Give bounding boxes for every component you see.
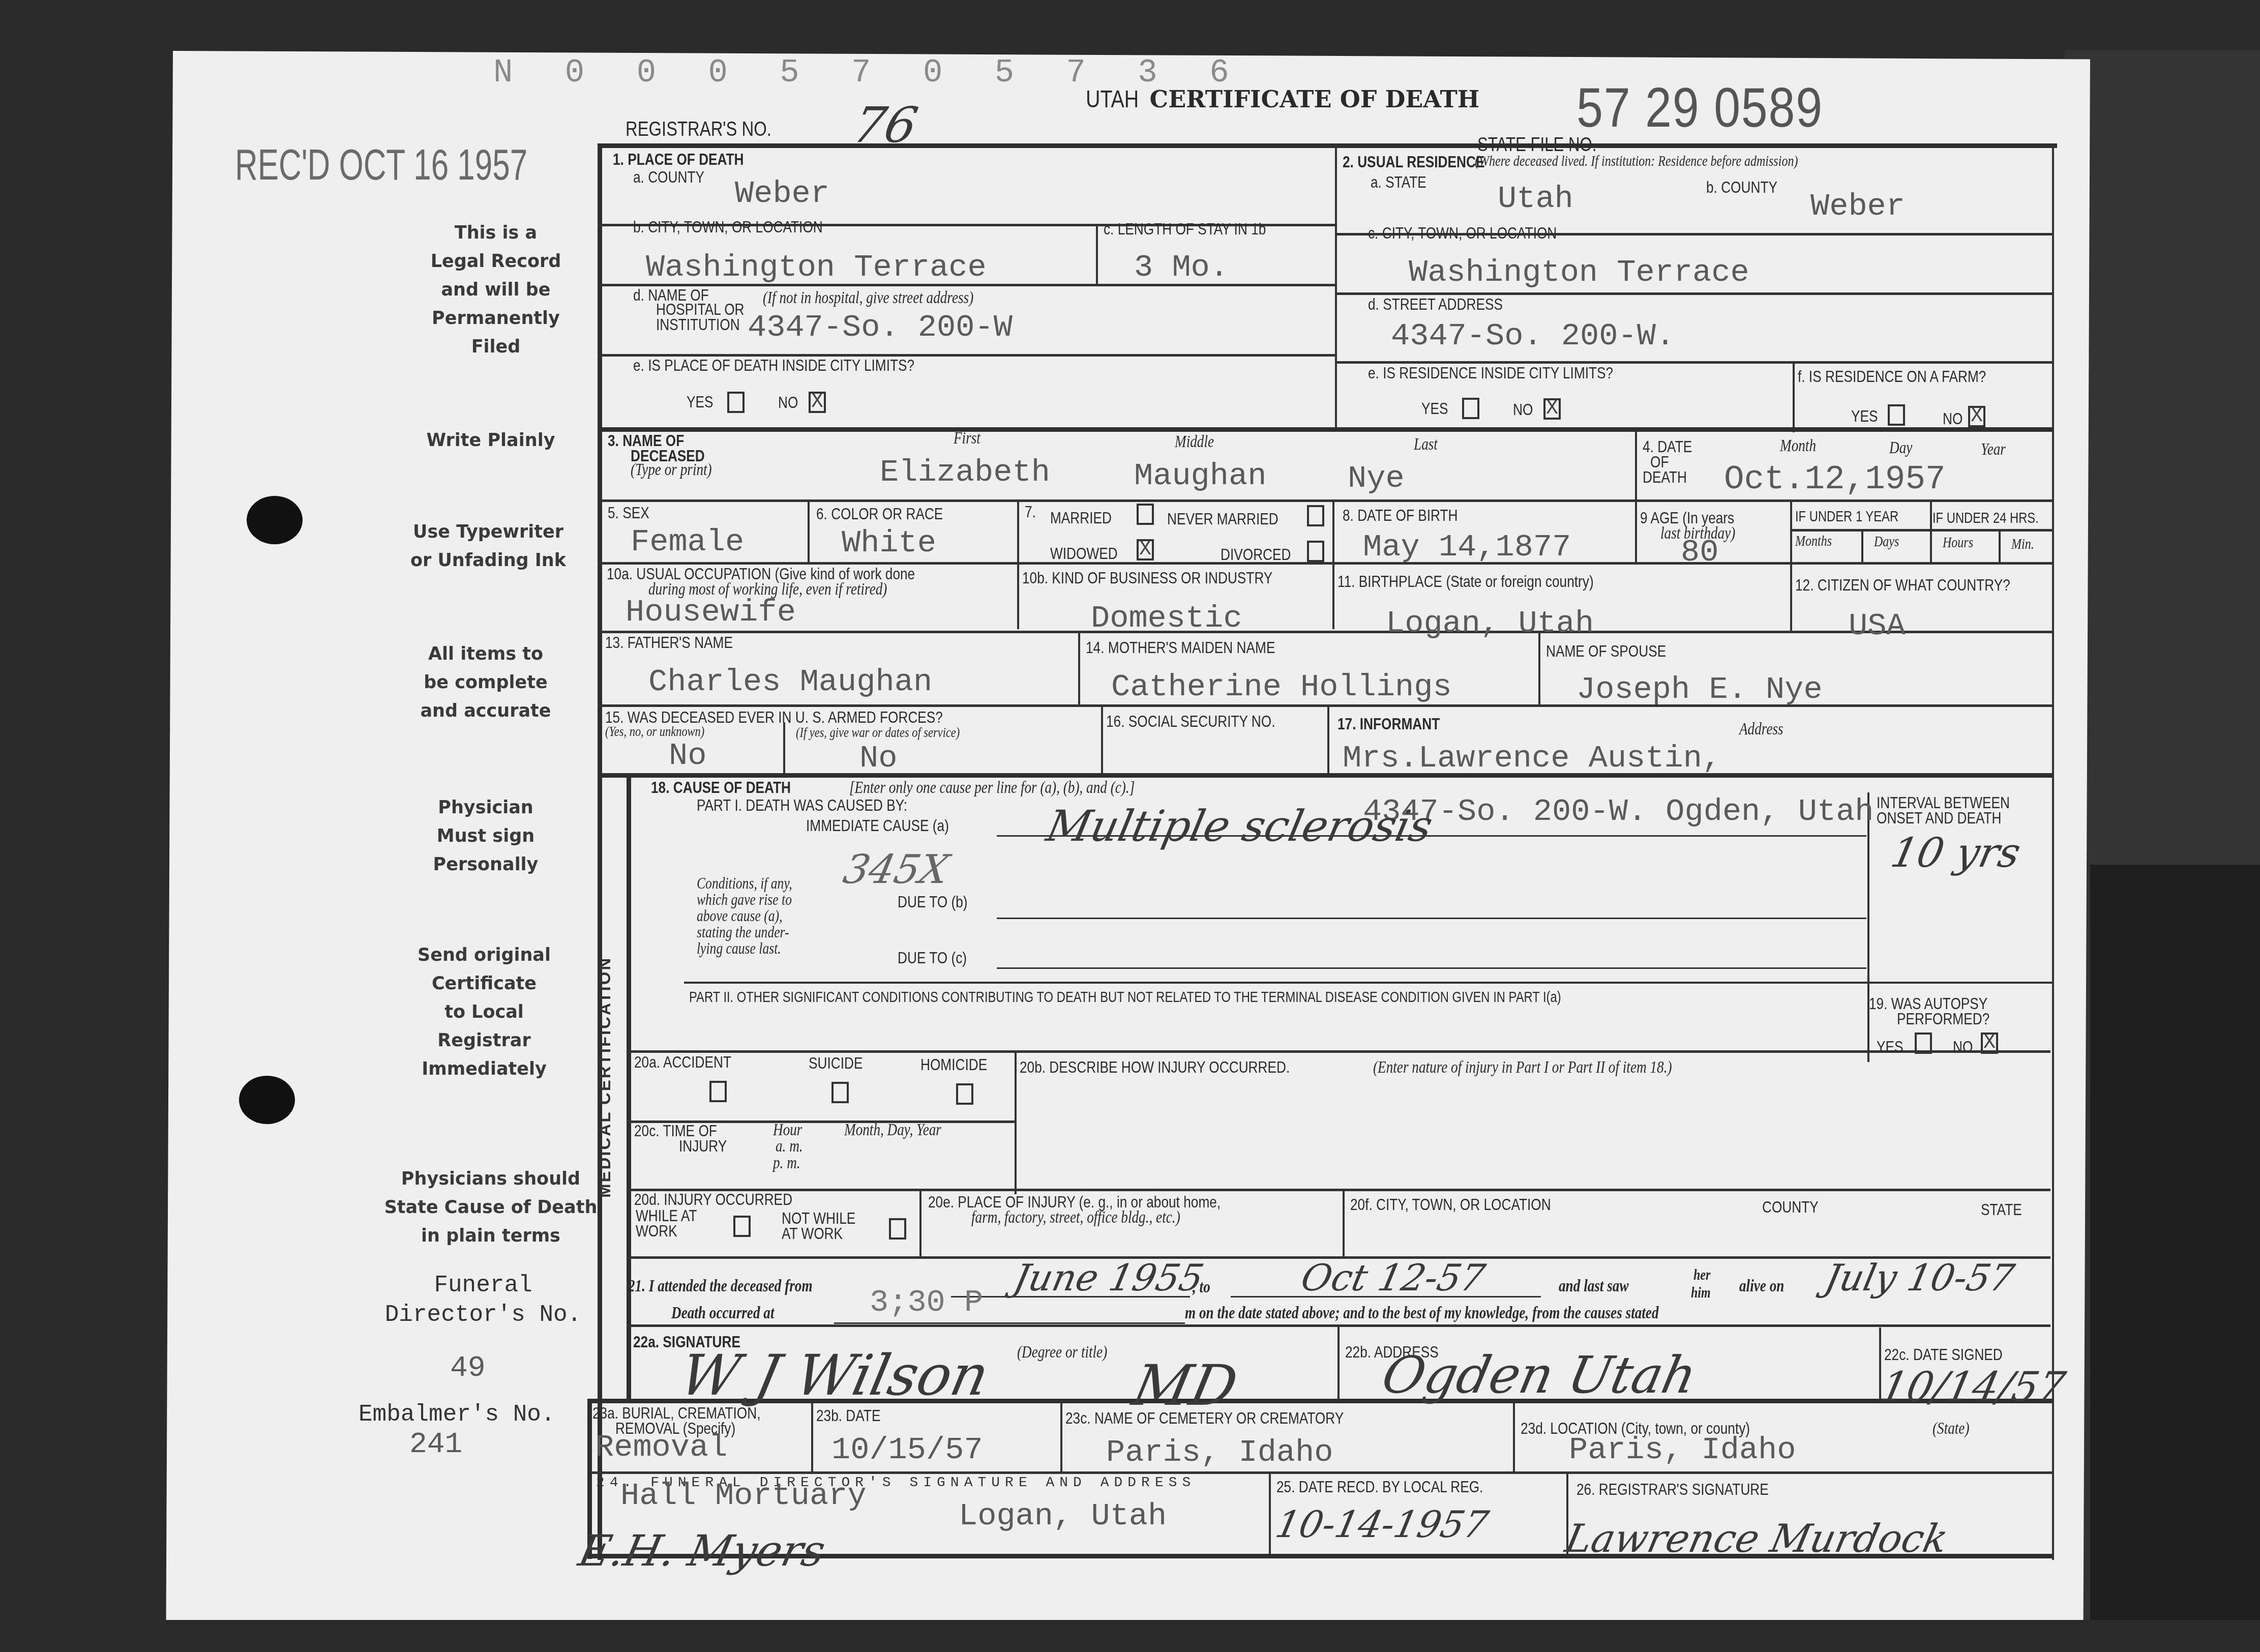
county-label: a. COUNTY (633, 168, 704, 187)
degree-label: (Degree or title) (1017, 1343, 1107, 1362)
sidebar-note-write: Write Plainly (389, 426, 592, 455)
death-city-limits-label: e. IS PLACE OF DEATH INSIDE CITY LIMITS? (633, 356, 914, 375)
spouse-label: NAME OF SPOUSE (1546, 642, 1666, 661)
divider (1015, 1052, 1017, 1194)
scan-background-bottom (0, 1620, 2260, 1652)
divider (2052, 143, 2054, 1560)
divider (997, 918, 1866, 919)
informant-value[interactable]: Mrs.Lawrence Austin, (1343, 740, 1721, 776)
sidebar-note-send: Send original Certificate to Local Regis… (382, 941, 586, 1083)
sidebar-note-cause: Physicians should State Cause of Death i… (379, 1165, 603, 1250)
father-label: 13. FATHER'S NAME (605, 633, 733, 652)
physician-signature[interactable]: W J Wilson (674, 1343, 994, 1408)
place-injury-label-2: farm, factory, street, office bldg., etc… (971, 1208, 1180, 1227)
sidebar-note-legal: This is a Legal Record and will be Perma… (394, 219, 598, 361)
homicide-label: HOMICIDE (920, 1055, 987, 1074)
sex-value[interactable]: Female (631, 524, 744, 560)
homicide-checkbox[interactable] (956, 1083, 973, 1105)
mother-value[interactable]: Catherine Hollings (1111, 669, 1452, 705)
injury-state-label: STATE (1981, 1200, 2022, 1219)
funeral-director-signature[interactable]: E.H. Myers (575, 1526, 830, 1576)
farm-label: f. IS RESIDENCE ON A FARM? (1798, 367, 1986, 386)
street-label: d. STREET ADDRESS (1368, 295, 1503, 314)
divider (808, 499, 810, 563)
while-at-work-checkbox[interactable] (733, 1216, 751, 1237)
suicide-label: SUICIDE (809, 1054, 863, 1073)
usual-residence-hint: (Where deceased lived. If institution: R… (1475, 153, 1798, 170)
divider (783, 722, 785, 776)
min-label: Min. (2011, 536, 2034, 553)
hospital-value[interactable]: 4347-So. 200-W (748, 309, 1013, 345)
location-value[interactable]: Paris, Idaho (1569, 1432, 1796, 1468)
death-time-value[interactable]: 3;30 P (870, 1284, 983, 1320)
stay-value[interactable]: 3 Mo. (1134, 249, 1229, 285)
middle-name-label: Middle (1175, 432, 1214, 452)
hours-label: Hours (1943, 534, 1973, 551)
cause-heading: 18. CAUSE OF DEATH (651, 778, 791, 797)
disposition-date-label: 23b. DATE (816, 1406, 880, 1425)
state-file-no: 57 29 0589 (1577, 75, 1823, 140)
injury-city-label: 20f. CITY, TOWN, OR LOCATION (1350, 1195, 1551, 1214)
sidebar-note-complete: All items to be complete and accurate (384, 640, 587, 725)
industry-value[interactable]: Domestic (1091, 600, 1242, 636)
divider (684, 982, 2052, 984)
divider (598, 427, 2052, 432)
informant-address-value[interactable]: 4347-So. 200-W. Ogden, Utah (1363, 793, 1874, 830)
middle-name-value[interactable]: Maughan (1134, 458, 1266, 494)
death-city-value[interactable]: Washington Terrace (646, 249, 987, 285)
injury-county-label: COUNTY (1762, 1198, 1819, 1217)
stay-label: c. LENGTH OF STAY IN 1b (1104, 220, 1266, 239)
date-of-death-label-3: DEATH (1643, 468, 1687, 487)
injury-desc-label: 20b. DESCRIBE HOW INJURY OCCURRED. (1020, 1058, 1290, 1077)
date-of-death-value[interactable]: Oct.12,1957 (1724, 460, 1946, 498)
residence-city-limits-no-checkbox[interactable]: X (1543, 398, 1561, 420)
divider (1078, 631, 1080, 706)
suicide-checkbox[interactable] (831, 1082, 849, 1103)
informant-label: 17. INFORMANT (1337, 715, 1440, 733)
medical-certification-label: MEDICAL CERTIFICATION (595, 957, 614, 1198)
interval-label-2: ONSET AND DEATH (1877, 809, 2001, 828)
no-label: NO (1513, 400, 1533, 419)
usual-residence-heading: 2. USUAL RESIDENCE (1343, 153, 1484, 171)
divider (598, 773, 2052, 778)
last-seen-value[interactable]: July 10-57 (1821, 1256, 2018, 1299)
never-married-checkbox[interactable] (1307, 505, 1324, 526)
birthplace-value[interactable]: Logan, Utah (1386, 605, 1594, 641)
funeral-director-no: 49 (450, 1352, 486, 1385)
recd-label: 25. DATE RECD. BY LOCAL REG. (1276, 1478, 1483, 1496)
divider (1930, 501, 1932, 565)
immediate-cause-value[interactable]: Multiple sclerosis (1043, 801, 1437, 851)
alive-on-label: alive on (1739, 1277, 1784, 1296)
divider (1635, 430, 1637, 501)
farm-yes-checkbox[interactable] (1888, 404, 1905, 426)
due-to-c-label: DUE TO (c) (898, 949, 967, 967)
divider (1101, 704, 1103, 776)
occupation-value[interactable]: Housewife (626, 594, 796, 630)
yes-label: YES (687, 393, 713, 411)
divider (1096, 224, 1098, 284)
last-name-value[interactable]: Nye (1348, 460, 1405, 496)
year-label: Year (1981, 440, 2006, 459)
time-label-2: INJURY (679, 1137, 727, 1156)
last-name-label: Last (1414, 435, 1438, 454)
divider (1790, 529, 2052, 532)
while-work-label: WHILE AT WORK (636, 1208, 697, 1238)
married-checkbox[interactable] (1137, 504, 1154, 525)
marital-num: 7. (1025, 503, 1036, 521)
under1-label: IF UNDER 1 YEAR (1795, 509, 1898, 525)
divider (1335, 143, 1337, 428)
residence-county-label: b. COUNTY (1706, 178, 1777, 197)
hospital-label-3: INSTITUTION (656, 315, 740, 334)
street-value[interactable]: 4347-So. 200-W. (1391, 318, 1675, 354)
age-value[interactable]: 80 (1681, 534, 1718, 570)
conditions-label: Conditions, if any, which gave rise to a… (697, 875, 792, 956)
punch-hole (247, 496, 303, 544)
residence-state-value[interactable]: Utah (1498, 181, 1573, 217)
sidebar-note-typewriter: Use Typewriter or Unfading Ink (386, 518, 590, 575)
registrar-signature[interactable]: Lawrence Murdock (1562, 1516, 1952, 1561)
race-label: 6. COLOR OR RACE (816, 505, 943, 523)
divider (997, 967, 1866, 969)
funeral-address-value[interactable]: Logan, Utah (959, 1498, 1167, 1534)
divider (1343, 1189, 1345, 1257)
farm-no-checkbox[interactable]: X (1968, 406, 1985, 427)
widowed-label: WIDOWED (1050, 544, 1118, 563)
not-while-work-label: NOT WHILE AT WORK (782, 1211, 855, 1241)
cemetery-value[interactable]: Paris, Idaho (1106, 1434, 1333, 1470)
m-on-label: m on the date stated above; and to the b… (1185, 1304, 1659, 1323)
hospital-hint: (If not in hospital, give street address… (763, 288, 973, 308)
divider (627, 1050, 2050, 1053)
residence-city-limits-label: e. IS RESIDENCE INSIDE CITY LIMITS? (1368, 364, 1613, 382)
no-label: NO (1943, 409, 1962, 428)
death-city-limits-no-checkbox[interactable]: X (809, 392, 826, 413)
divider (598, 631, 2052, 633)
him-label: him (1691, 1284, 1711, 1302)
registrar-label: 26. REGISTRAR'S SIGNATURE (1577, 1480, 1769, 1499)
cause-hint: [Enter only one cause per line for (a), … (849, 778, 1135, 798)
dob-label: 8. DATE OF BIRTH (1343, 506, 1458, 525)
divider (1060, 1401, 1062, 1472)
mdy-label: Month, Day, Year (844, 1120, 941, 1140)
attended-from-value[interactable]: June 1955 (1010, 1256, 1207, 1299)
state-label: (State) (1932, 1419, 1970, 1438)
married-label: MARRIED (1050, 509, 1112, 527)
immediate-cause-label: IMMEDIATE CAUSE (a) (806, 816, 949, 835)
divider (1269, 1471, 1271, 1558)
autopsy-label-2: PERFORMED? (1897, 1010, 1989, 1028)
yes-label: YES (1851, 407, 1878, 426)
injury-desc-hint: (Enter nature of injury in Part I or Par… (1373, 1058, 1672, 1077)
degree-value[interactable]: MD (1127, 1353, 1243, 1418)
months-label: Months (1795, 533, 1832, 550)
divider (1513, 1401, 1515, 1472)
autopsy-no-checkbox[interactable]: X (1981, 1032, 1998, 1054)
attended-label: 21. I attended the deceased from (628, 1277, 813, 1296)
residence-city-value[interactable]: Washington Terrace (1409, 254, 1749, 290)
divider (1327, 704, 1329, 776)
attended-to-value[interactable]: Oct 12-57 (1297, 1256, 1489, 1299)
ssn-label: 16. SOCIAL SECURITY NO. (1106, 712, 1275, 731)
under24-label: IF UNDER 24 HRS. (1932, 510, 2039, 527)
divider (919, 1189, 921, 1257)
place-of-death-heading: 1. PLACE OF DEATH (613, 150, 744, 169)
received-stamp: REC'D OCT 16 1957 (235, 140, 527, 190)
divider (590, 1471, 2052, 1474)
part2-label: PART II. OTHER SIGNIFICANT CONDITIONS CO… (689, 989, 1561, 1006)
divider (627, 1189, 2050, 1191)
date-signed-label: 22c. DATE SIGNED (1884, 1345, 2003, 1364)
cause-code: 345X (839, 847, 953, 893)
armed-dates-value[interactable]: No (859, 740, 897, 776)
residence-county-value[interactable]: Weber (1810, 188, 1905, 224)
to-label: , to (1193, 1278, 1210, 1297)
her-label: her (1693, 1266, 1710, 1284)
funeral-home-value[interactable]: Hall Mortuary (620, 1478, 867, 1514)
divider (1861, 529, 1863, 565)
residence-city-limits-yes-checkbox[interactable] (1462, 398, 1479, 419)
not-while-at-work-checkbox[interactable] (889, 1218, 906, 1240)
sidebar-note-physician: Physician Must sign Personally (384, 793, 587, 879)
citizen-value[interactable]: USA (1849, 608, 1906, 644)
registrars-no-label: REGISTRAR'S NO. (626, 118, 771, 141)
embalmer-no-label: Embalmer's No. (359, 1401, 613, 1428)
widowed-checkbox[interactable]: X (1137, 539, 1154, 560)
sex-label: 5. SEX (608, 504, 649, 522)
embalmer-no: 241 (409, 1428, 462, 1461)
accident-checkbox[interactable] (709, 1081, 727, 1102)
title-text: CERTIFICATE OF DEATH (1150, 85, 1480, 113)
disposition-date-value[interactable]: 10/15/57 (831, 1432, 983, 1468)
scan-background-top (0, 0, 2260, 50)
divider (811, 1401, 813, 1472)
dob-value[interactable]: May 14,1877 (1363, 529, 1571, 565)
city-label: b. CITY, TOWN, OR LOCATION (633, 218, 823, 237)
month-label: Month (1780, 436, 1816, 456)
spouse-value[interactable]: Joseph E. Nye (1577, 671, 1823, 707)
pm-label: p. m. (773, 1154, 800, 1173)
informant-address-label: Address (1739, 720, 1783, 739)
days-label: Days (1874, 533, 1899, 550)
divider (1999, 529, 2001, 565)
divider (1867, 792, 1869, 1062)
date-signed-value[interactable]: 10/14/57 (1877, 1363, 2069, 1410)
punch-hole (239, 1076, 295, 1124)
birthplace-label: 11. BIRTHPLACE (State or foreign country… (1337, 572, 1594, 591)
industry-label: 10b. KIND OF BUSINESS OR INDUSTRY (1022, 569, 1272, 587)
autopsy-yes-checkbox[interactable] (1915, 1032, 1932, 1054)
armed-forces-value[interactable]: No (669, 737, 706, 774)
divider (1337, 1324, 1340, 1401)
cemetery-label: 23c. NAME OF CEMETERY OR CREMATORY (1065, 1409, 1344, 1428)
due-to-b-label: DUE TO (b) (898, 893, 968, 911)
first-name-label: First (954, 429, 980, 448)
father-value[interactable]: Charles Maughan (648, 664, 932, 700)
day-label: Day (1889, 438, 1912, 458)
first-name-value[interactable]: Elizabeth (880, 454, 1050, 490)
divorced-checkbox[interactable] (1307, 541, 1324, 562)
divider (598, 143, 2057, 148)
citizen-label: 12. CITIZEN OF WHAT COUNTRY? (1795, 576, 2010, 595)
divider (1538, 631, 1540, 706)
recd-date-value[interactable]: 10-14-1957 (1272, 1503, 1492, 1546)
death-county-value[interactable]: Weber (735, 175, 829, 212)
yes-label: YES (1877, 1038, 1904, 1056)
title-prefix: UTAH (1086, 85, 1139, 113)
certificate-title: UTAH CERTIFICATE OF DEATH (1086, 85, 1479, 113)
armed-sub-2: (If yes, give war or dates of service) (796, 725, 960, 741)
scan-background-shadow (2090, 865, 2260, 1652)
funeral-director-no-label: Funeral Director's No. (356, 1271, 610, 1330)
never-married-label: NEVER MARRIED (1167, 510, 1278, 528)
mother-label: 14. MOTHER'S MAIDEN NAME (1086, 638, 1275, 657)
death-at-label: Death occurred at (671, 1304, 774, 1323)
divider (1793, 361, 1795, 432)
divider (627, 773, 631, 1399)
physician-address[interactable]: Ogden Utah (1377, 1345, 1702, 1405)
residence-city-label: c. CITY, TOWN, OR LOCATION (1368, 224, 1557, 243)
race-value[interactable]: White (842, 525, 936, 561)
accident-label: 20a. ACCIDENT (634, 1053, 731, 1072)
interval-value[interactable]: 10 yrs (1887, 829, 2025, 876)
part1-label: PART I. DEATH WAS CAUSED BY: (697, 796, 907, 815)
divider (834, 1322, 1185, 1324)
no-label: NO (1953, 1038, 1973, 1056)
divider (1790, 501, 1792, 633)
divider (598, 499, 2052, 502)
residence-state-label: a. STATE (1371, 173, 1426, 192)
divider (1635, 501, 1637, 563)
last-saw-label: and last saw (1559, 1277, 1629, 1296)
burial-value[interactable]: Removal (595, 1429, 727, 1465)
yes-label: YES (1421, 399, 1448, 418)
no-label: NO (778, 393, 798, 412)
death-city-limits-yes-checkbox[interactable] (727, 392, 745, 413)
divorced-label: DIVORCED (1221, 545, 1291, 564)
deceased-label-3: (Type or print) (631, 460, 712, 480)
